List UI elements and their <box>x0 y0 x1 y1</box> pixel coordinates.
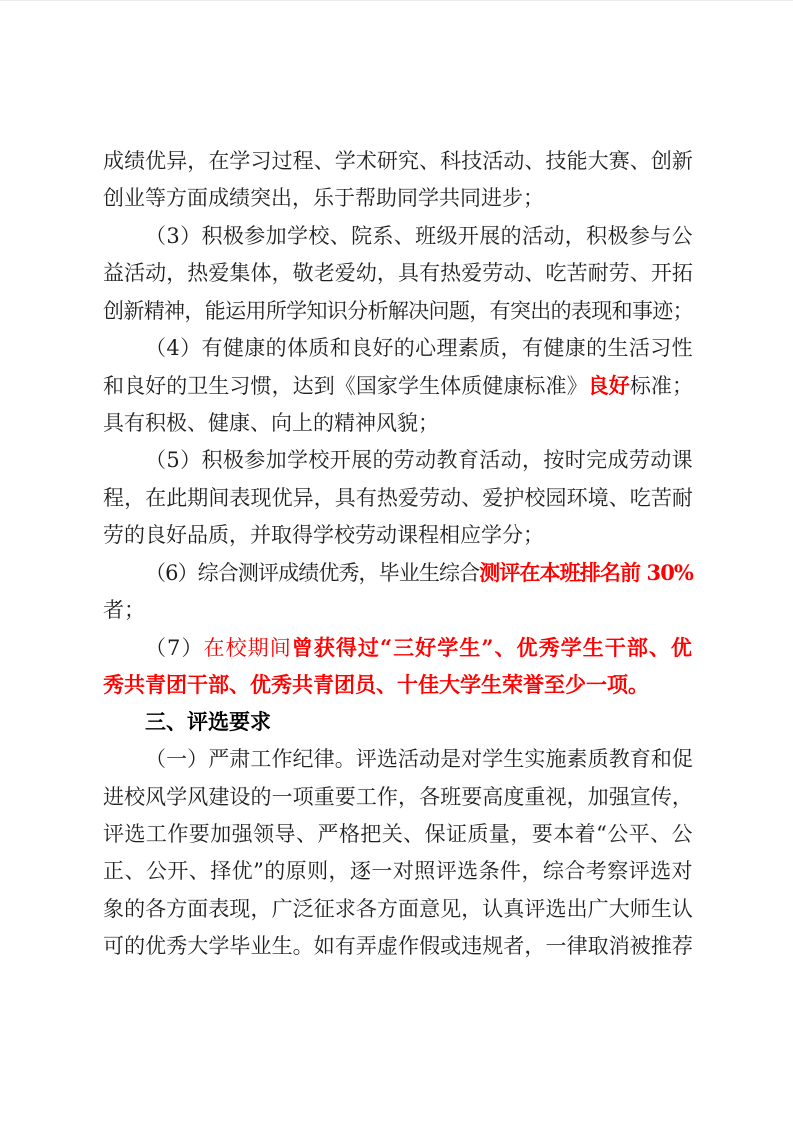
line-content: 者； <box>103 592 145 629</box>
line-req1-5: 象的各方面表现，广泛征求各方面意见，认真评选出广大师生认 <box>103 891 693 928</box>
line-req1-2: 进校风学风建设的一项重要工作，各班要高度重视，加强宣传， <box>103 779 693 816</box>
line-content: （7）在校期间曾获得过“三好学生”、优秀学生干部、优 <box>145 629 693 667</box>
text-segment-normal: （一）严肃工作纪律。评选活动是对学生实施素质教育和促 <box>145 747 693 771</box>
line-content: （5）积极参加学校开展的劳动教育活动，按时完成劳动课 <box>145 442 693 479</box>
text-segment-normal: 评选工作要加强领导、严格把关、保证质量，要本着“公平、公 <box>103 822 693 846</box>
line-heading-section3: 三、评选要求 <box>103 704 693 741</box>
line-content: 评选工作要加强领导、严格把关、保证质量，要本着“公平、公 <box>103 816 693 853</box>
text-segment-normal: 和良好的卫生习惯，达到《国家学生体质健康标准》 <box>103 374 588 398</box>
text-segment-normal: （4）有健康的体质和良好的心理素质，有健康的生活习性 <box>145 336 693 360</box>
text-segment-normal: （6）综合测评成绩优秀，毕业生综合 <box>145 561 479 585</box>
text-segment-normal: 创业等方面成绩突出，乐于帮助同学共同进步； <box>103 186 544 210</box>
text-segment-heading: 三、评选要求 <box>145 710 271 734</box>
text-segment-normal: （3）积极参加学校、院系、班级开展的活动，积极参与公 <box>145 224 693 248</box>
line-content: 三、评选要求 <box>145 704 271 741</box>
line-item3-3: 创新精神，能运用所学知识分析解决问题，有突出的表现和事迹； <box>103 293 693 330</box>
text-segment-normal: 具有积极、健康、向上的精神风貌； <box>103 411 439 435</box>
text-segment-normal: （7） <box>145 636 204 660</box>
line-item5-2: 程，在此期间表现优异，具有热爱劳动、爱护校园环境、吃苦耐 <box>103 480 693 517</box>
line-content: 可的优秀大学毕业生。如有弄虚作假或违规者，一律取消被推荐 <box>103 928 693 965</box>
text-segment-normal: （5）积极参加学校开展的劳动教育活动，按时完成劳动课 <box>145 448 693 472</box>
line-content: （一）严肃工作纪律。评选活动是对学生实施素质教育和促 <box>145 741 693 778</box>
line-item6-1: （6）综合测评成绩优秀，毕业生综合测评在本班排名前 30% <box>103 554 693 591</box>
line-content: 创业等方面成绩突出，乐于帮助同学共同进步； <box>103 180 544 217</box>
text-segment-normal: 进校风学风建设的一项重要工作，各班要高度重视，加强宣传， <box>103 785 693 809</box>
text-segment-normal: 成绩优异，在学习过程、学术研究、科技活动、技能大赛、创新 <box>103 149 693 173</box>
line-item6-2: 者； <box>103 592 693 629</box>
text-segment-normal: 可的优秀大学毕业生。如有弄虚作假或违规者，一律取消被推荐 <box>103 934 693 958</box>
text-segment-red: 在校期间 <box>204 636 292 660</box>
line-req1-6: 可的优秀大学毕业生。如有弄虚作假或违规者，一律取消被推荐 <box>103 928 693 965</box>
line-grades-cont-2: 创业等方面成绩突出，乐于帮助同学共同进步； <box>103 180 693 217</box>
line-req1-1: （一）严肃工作纪律。评选活动是对学生实施素质教育和促 <box>103 741 693 778</box>
text-segment-normal: 者； <box>103 598 145 622</box>
text-segment-normal: 创新精神，能运用所学知识分析解决问题，有突出的表现和事迹； <box>103 299 693 323</box>
line-content: 秀共青团干部、优秀共青团员、十佳大学生荣誉至少一项。 <box>103 666 649 704</box>
line-grades-cont-1: 成绩优异，在学习过程、学术研究、科技活动、技能大赛、创新 <box>103 143 693 180</box>
line-content: 劳的良好品质，并取得学校劳动课程相应学分； <box>103 517 544 554</box>
line-content: 正、公开、择优”的原则，逐一对照评选条件，综合考察评选对 <box>103 853 693 890</box>
text-segment-normal: 益活动，热爱集体，敬老爱幼，具有热爱劳动、吃苦耐劳、开拓 <box>103 261 693 285</box>
text-segment-normal: 象的各方面表现，广泛征求各方面意见，认真评选出广大师生认 <box>103 897 693 921</box>
text-segment-normal: 正、公开、择优”的原则，逐一对照评选条件，综合考察评选对 <box>103 859 693 883</box>
document-body: 成绩优异，在学习过程、学术研究、科技活动、技能大赛、创新创业等方面成绩突出，乐于… <box>103 143 693 966</box>
line-item3-1: （3）积极参加学校、院系、班级开展的活动，积极参与公 <box>103 218 693 255</box>
line-content: 具有积极、健康、向上的精神风貌； <box>103 405 439 442</box>
line-content: （3）积极参加学校、院系、班级开展的活动，积极参与公 <box>145 218 693 255</box>
line-item5-3: 劳的良好品质，并取得学校劳动课程相应学分； <box>103 517 693 554</box>
text-segment-normal: 标准； <box>630 374 693 398</box>
line-item5-1: （5）积极参加学校开展的劳动教育活动，按时完成劳动课 <box>103 442 693 479</box>
text-segment-red-bold: 测评在本班排名前 30% <box>479 560 693 585</box>
line-item4-3: 具有积极、健康、向上的精神风貌； <box>103 405 693 442</box>
text-segment-red-bold: 秀共青团干部、优秀共青团员、十佳大学生荣誉至少一项。 <box>103 672 649 697</box>
line-content: （6）综合测评成绩优秀，毕业生综合测评在本班排名前 30% <box>145 554 693 592</box>
line-item7-2: 秀共青团干部、优秀共青团员、十佳大学生荣誉至少一项。 <box>103 666 693 703</box>
line-content: （4）有健康的体质和良好的心理素质，有健康的生活习性 <box>145 330 693 367</box>
line-content: 象的各方面表现，广泛征求各方面意见，认真评选出广大师生认 <box>103 891 693 928</box>
text-segment-red-bold: 曾获得过“三好学生”、优秀学生干部、优 <box>292 635 693 660</box>
text-segment-normal: 程，在此期间表现优异，具有热爱劳动、爱护校园环境、吃苦耐 <box>103 486 693 510</box>
line-content: 进校风学风建设的一项重要工作，各班要高度重视，加强宣传， <box>103 779 693 816</box>
line-item4-1: （4）有健康的体质和良好的心理素质，有健康的生活习性 <box>103 330 693 367</box>
line-item4-2: 和良好的卫生习惯，达到《国家学生体质健康标准》良好标准； <box>103 367 693 404</box>
line-req1-4: 正、公开、择优”的原则，逐一对照评选条件，综合考察评选对 <box>103 853 693 890</box>
text-segment-red-bold: 良好 <box>588 373 630 398</box>
text-segment-normal: 劳的良好品质，并取得学校劳动课程相应学分； <box>103 523 544 547</box>
document-page: 成绩优异，在学习过程、学术研究、科技活动、技能大赛、创新创业等方面成绩突出，乐于… <box>0 0 793 1122</box>
line-req1-3: 评选工作要加强领导、严格把关、保证质量，要本着“公平、公 <box>103 816 693 853</box>
line-item7-1: （7）在校期间曾获得过“三好学生”、优秀学生干部、优 <box>103 629 693 666</box>
line-content: 益活动，热爱集体，敬老爱幼，具有热爱劳动、吃苦耐劳、开拓 <box>103 255 693 292</box>
line-content: 和良好的卫生习惯，达到《国家学生体质健康标准》良好标准； <box>103 367 693 405</box>
line-content: 程，在此期间表现优异，具有热爱劳动、爱护校园环境、吃苦耐 <box>103 480 693 517</box>
line-item3-2: 益活动，热爱集体，敬老爱幼，具有热爱劳动、吃苦耐劳、开拓 <box>103 255 693 292</box>
line-content: 成绩优异，在学习过程、学术研究、科技活动、技能大赛、创新 <box>103 143 693 180</box>
line-content: 创新精神，能运用所学知识分析解决问题，有突出的表现和事迹； <box>103 293 693 330</box>
